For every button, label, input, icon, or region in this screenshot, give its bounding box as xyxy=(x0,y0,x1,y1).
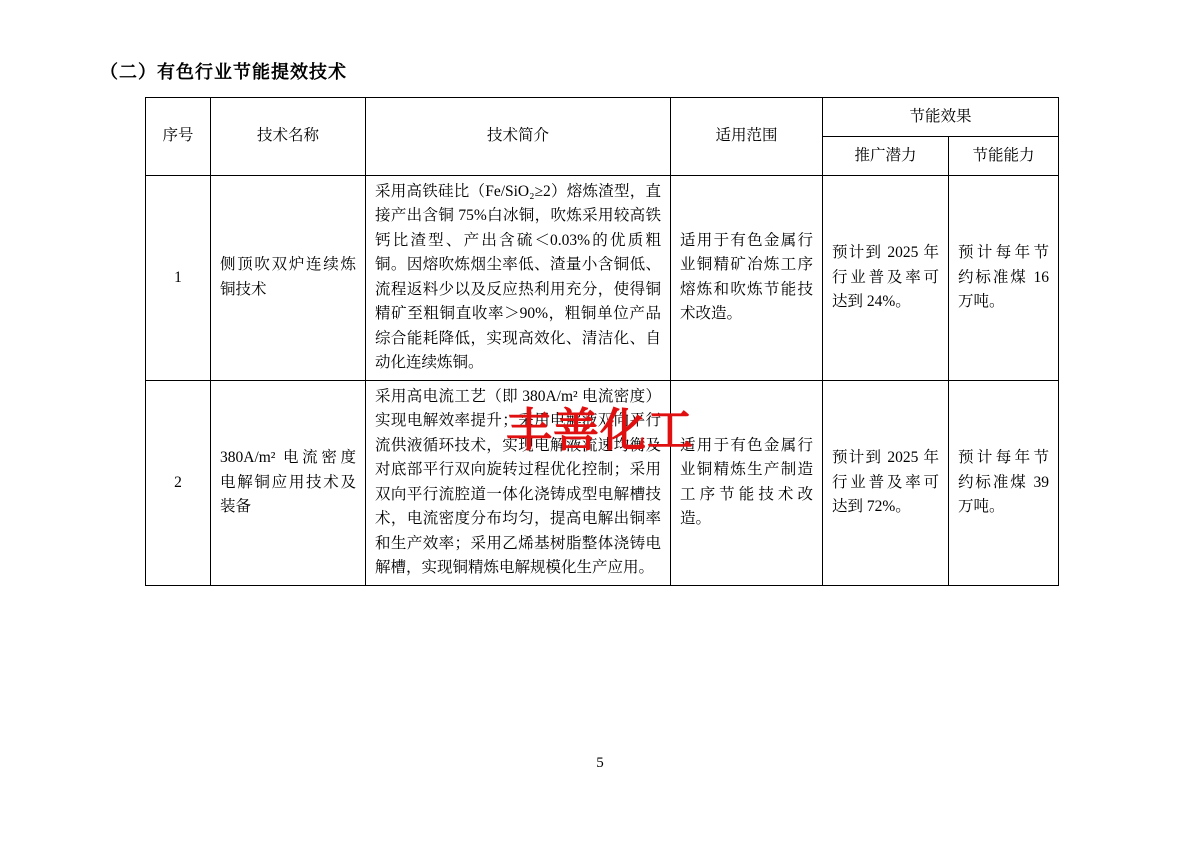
header-capability: 节能能力 xyxy=(949,137,1059,176)
table-row: 1 侧顶吹双炉连续炼铜技术 采用高铁硅比（Fe/SiO₂≥2）熔炼渣型，直接产出… xyxy=(146,176,1059,381)
header-index: 序号 xyxy=(146,98,211,176)
scope-cell: 适用于有色金属行业铜精炼生产制造工序节能技术改造。 xyxy=(671,380,823,585)
header-scope: 适用范围 xyxy=(671,98,823,176)
table-row: 2 380A/m² 电流密度电解铜应用技术及装备 采用高电流工艺（即 380A/… xyxy=(146,380,1059,585)
potential-cell: 预计到 2025 年行业普及率可达到 72%。 xyxy=(823,380,949,585)
technology-table: 序号 技术名称 技术简介 适用范围 节能效果 推广潜力 节能能力 1 侧顶吹双炉… xyxy=(145,97,1059,586)
potential-cell: 预计到 2025 年行业普及率可达到 24%。 xyxy=(823,176,949,381)
header-tech-name: 技术名称 xyxy=(211,98,366,176)
tech-name-cell: 380A/m² 电流密度电解铜应用技术及装备 xyxy=(211,380,366,585)
header-tech-intro: 技术简介 xyxy=(366,98,671,176)
row-index: 2 xyxy=(146,380,211,585)
scope-cell: 适用于有色金属行业铜精矿冶炼工序熔炼和吹炼节能技术改造。 xyxy=(671,176,823,381)
capability-cell: 预计每年节约标准煤 39 万吨。 xyxy=(949,380,1059,585)
section-title: （二）有色行业节能提效技术 xyxy=(100,58,347,84)
capability-cell: 预计每年节约标准煤 16 万吨。 xyxy=(949,176,1059,381)
row-index: 1 xyxy=(146,176,211,381)
document-page: （二）有色行业节能提效技术 序号 技术名称 技术简介 适用范围 节能效果 xyxy=(0,0,1200,848)
header-potential: 推广潜力 xyxy=(823,137,949,176)
header-effect-group: 节能效果 xyxy=(823,98,1059,137)
tech-name-cell: 侧顶吹双炉连续炼铜技术 xyxy=(211,176,366,381)
tech-intro-cell: 采用高铁硅比（Fe/SiO₂≥2）熔炼渣型，直接产出含铜 75%白冰铜，吹炼采用… xyxy=(366,176,671,381)
tech-intro-cell: 采用高电流工艺（即 380A/m² 电流密度）实现电解效率提升；采用电解液双向平… xyxy=(366,380,671,585)
technology-table-wrap: 序号 技术名称 技术简介 适用范围 节能效果 推广潜力 节能能力 1 侧顶吹双炉… xyxy=(145,97,1059,586)
page-number: 5 xyxy=(0,755,1200,772)
